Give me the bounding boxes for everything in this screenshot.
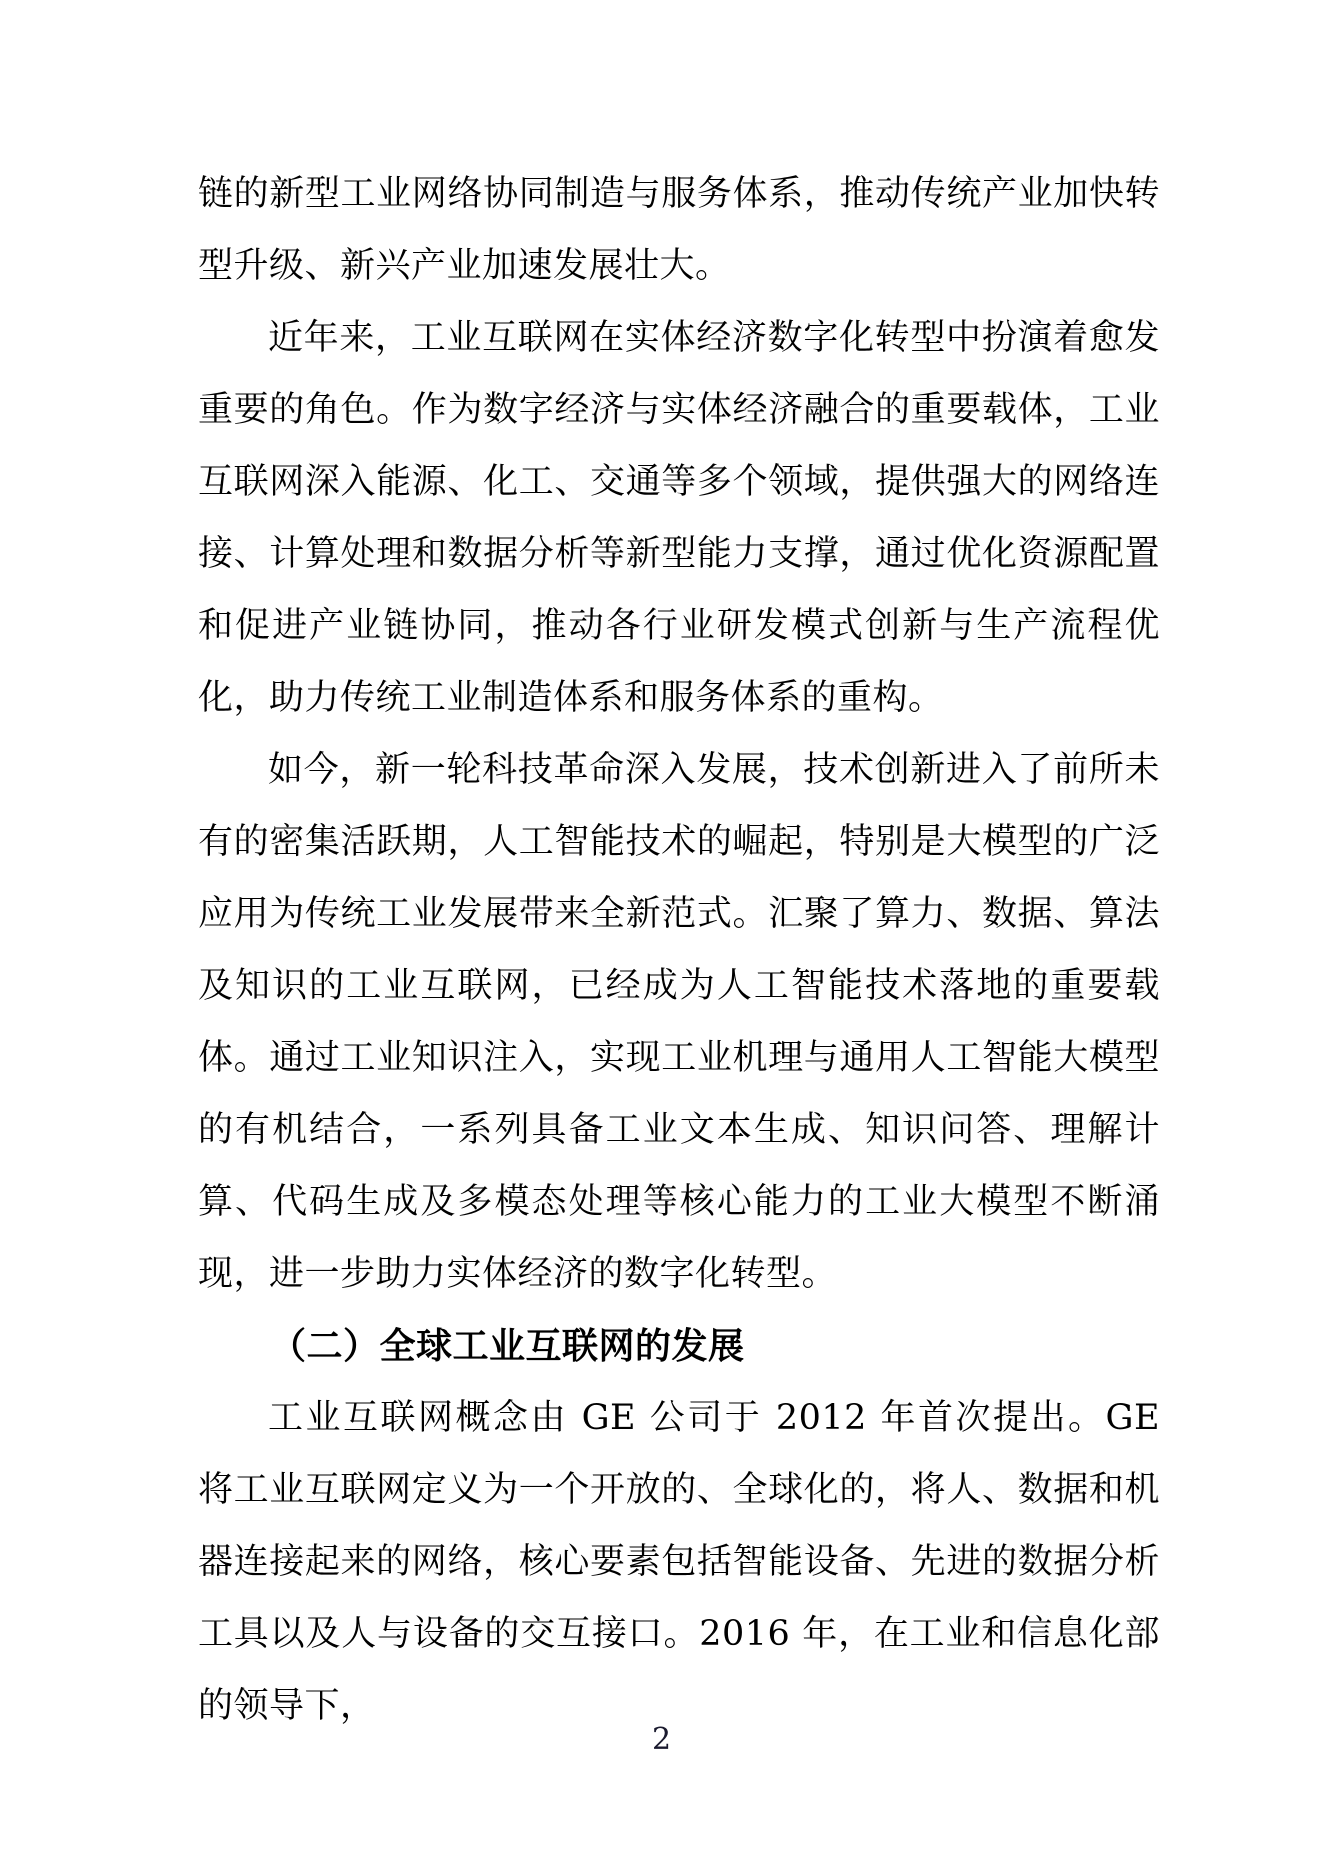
paragraph: 工业互联网概念由 GE 公司于 2012 年首次提出。GE 将工业互联网定义为一…	[198, 1382, 1160, 1742]
paragraph: 如今，新一轮科技革命深入发展，技术创新进入了前所未有的密集活跃期，人工智能技术的…	[198, 734, 1160, 1310]
page-content: 链的新型工业网络协同制造与服务体系，推动传统产业加快转型升级、新兴产业加速发展壮…	[198, 158, 1160, 1742]
page-number: 2	[0, 1722, 1323, 1758]
paragraph-continued: 链的新型工业网络协同制造与服务体系，推动传统产业加快转型升级、新兴产业加速发展壮…	[198, 158, 1160, 302]
paragraph: 近年来，工业互联网在实体经济数字化转型中扮演着愈发重要的角色。作为数字经济与实体…	[198, 302, 1160, 734]
document-page: 链的新型工业网络协同制造与服务体系，推动传统产业加快转型升级、新兴产业加速发展壮…	[0, 0, 1323, 1871]
section-heading: （二）全球工业互联网的发展	[198, 1310, 1160, 1382]
